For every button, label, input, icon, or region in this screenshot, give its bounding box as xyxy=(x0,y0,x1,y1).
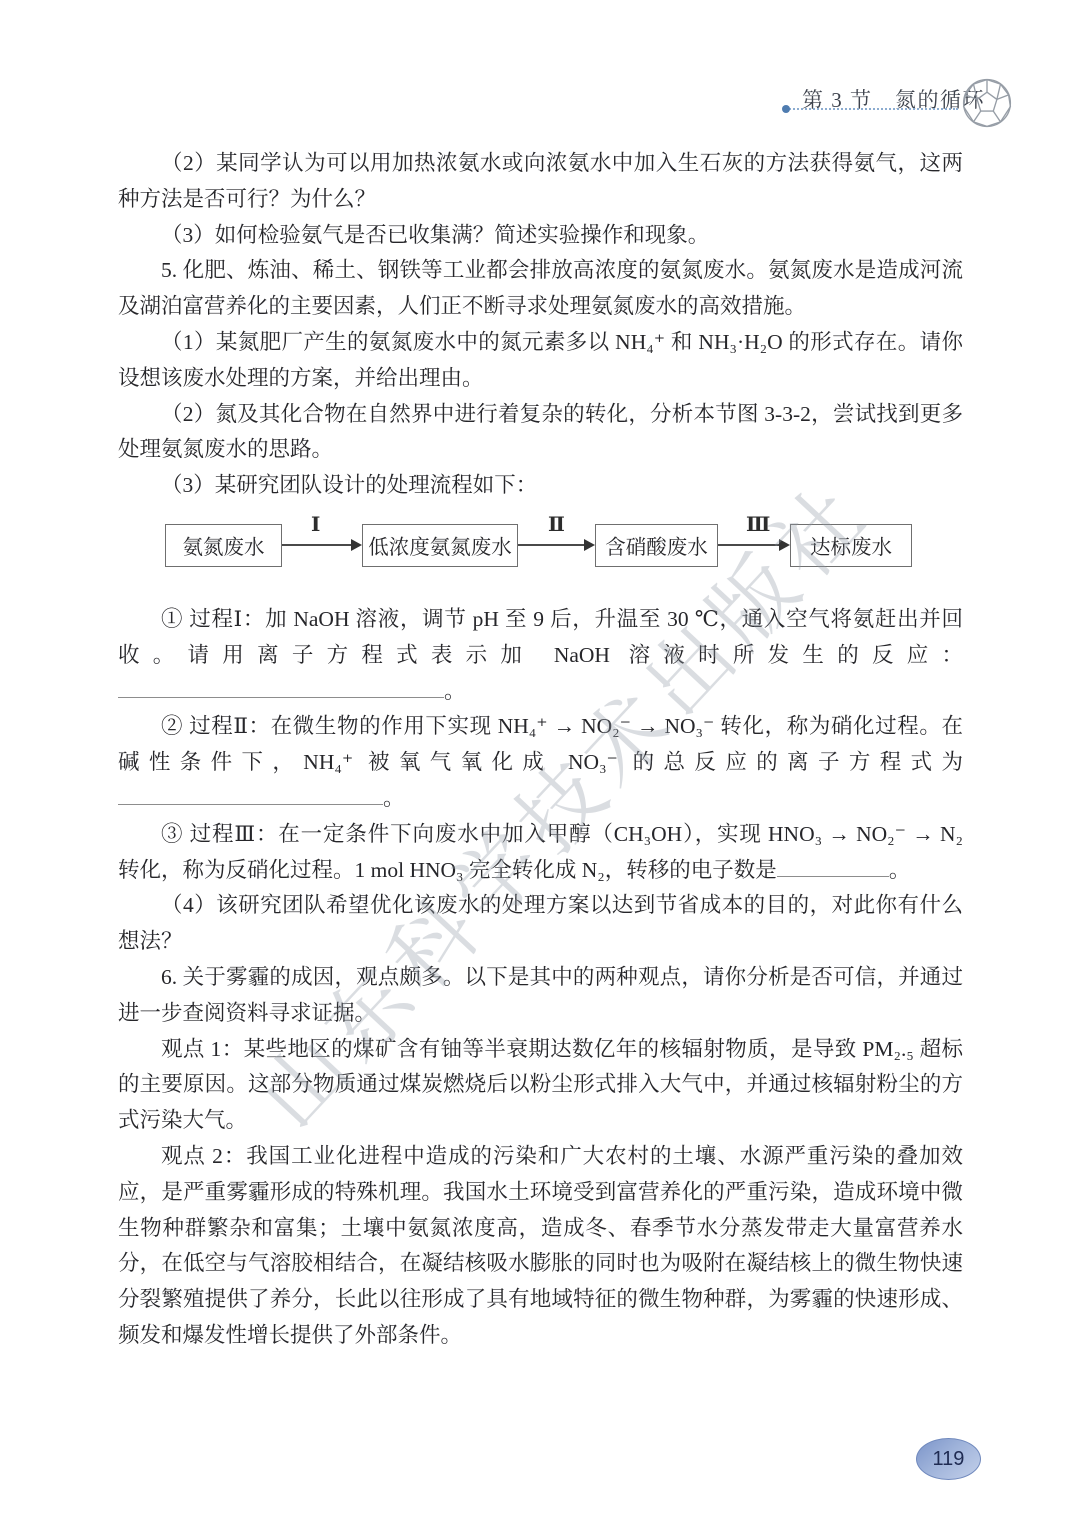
question-6-intro: 6. 关于雾霾的成因，观点颇多。以下是其中的两种观点，请你分析是否可信，并通过进… xyxy=(118,960,963,1032)
fullerene-molecule-icon xyxy=(960,76,1014,130)
question-5-1: （1）某氮肥厂产生的氨氮废水中的氮元素多以 NH₄⁺ 和 NH₃·H₂O 的形式… xyxy=(118,325,963,397)
flow-arrow-1 xyxy=(282,544,352,546)
question-5-3: （3）某研究团队设计的处理流程如下： xyxy=(118,468,963,504)
flow-step-label-3: Ⅲ xyxy=(746,512,770,537)
process-step-2-period: 。 xyxy=(383,786,405,810)
page-content: （2）某同学认为可以用加热浓氨水或向浓氨水中加入生石灰的方法获得氨气，这两种方法… xyxy=(118,146,963,1354)
page-number-badge: 119 xyxy=(916,1438,981,1480)
flow-step-label-1: Ⅰ xyxy=(311,512,320,537)
flow-box-low-concentration: 低浓度氨氮废水 xyxy=(362,524,518,567)
question-4-2: （2）某同学认为可以用加热浓氨水或向浓氨水中加入生石灰的方法获得氨气，这两种方法… xyxy=(118,146,963,218)
process-step-1: ① 过程Ⅰ：加 NaOH 溶液，调节 pH 至 9 后，升温至 30 ℃，通入空… xyxy=(118,602,963,709)
question-5-intro: 5. 化肥、炼油、稀土、钢铁等工业都会排放高浓度的氨氮废水。氨氮废水是造成河流及… xyxy=(118,253,963,325)
flow-step-label-2: Ⅱ xyxy=(548,512,565,537)
question-6-viewpoint-2: 观点 2：我国工业化进程中造成的污染和广大农村的土壤、水源严重污染的叠加效应，是… xyxy=(118,1139,963,1354)
flow-arrow-2 xyxy=(518,544,585,546)
process-step-1-period: 。 xyxy=(444,679,466,703)
process-step-2: ② 过程Ⅱ：在微生物的作用下实现 NH₄⁺ → NO₂⁻ → NO₃⁻ 转化，称… xyxy=(118,709,963,816)
process-step-3-period: 。 xyxy=(889,858,911,882)
question-4-3: （3）如何检验氨气是否已收集满？简述实验操作和现象。 xyxy=(118,218,963,254)
process-step-1-text: ① 过程Ⅰ：加 NaOH 溶液，调节 pH 至 9 后，升温至 30 ℃，通入空… xyxy=(118,607,963,667)
flow-box-compliant-water: 达标废水 xyxy=(790,524,912,567)
header-dotted-rule xyxy=(786,108,958,110)
answer-blank-1[interactable] xyxy=(118,678,444,697)
flow-box-nitric-acid: 含硝酸废水 xyxy=(595,524,718,567)
process-step-2-text: ② 过程Ⅱ：在微生物的作用下实现 NH₄⁺ → NO₂⁻ → NO₃⁻ 转化，称… xyxy=(118,714,963,774)
rule-dot xyxy=(782,105,790,113)
process-step-3: ③ 过程Ⅲ：在一定条件下向废水中加入甲醇（CH₃OH），实现 HNO₃ → NO… xyxy=(118,817,963,889)
answer-blank-3[interactable] xyxy=(777,857,889,876)
flow-arrow-3 xyxy=(718,544,780,546)
question-6-viewpoint-1: 观点 1：某些地区的煤矿含有铀等半衰期达数亿年的核辐射物质，是导致 PM₂.₅ … xyxy=(118,1032,963,1139)
treatment-flowchart: 氨氮废水 低浓度氨氮废水 含硝酸废水 达标废水 Ⅰ Ⅱ Ⅲ xyxy=(118,514,963,578)
flow-box-ammonia-wastewater: 氨氮废水 xyxy=(165,524,282,567)
question-5-2: （2）氮及其化合物在自然界中进行着复杂的转化，分析本节图 3-3-2，尝试找到更… xyxy=(118,397,963,469)
question-5-4: （4）该研究团队希望优化该废水的处理方案以达到节省成本的目的，对此你有什么想法？ xyxy=(118,888,963,960)
answer-blank-2[interactable] xyxy=(118,786,383,805)
textbook-page: 第 3 节 氮的循环 山东科学技术出版社 （2）某同学认为可以用加热浓氨水或向浓… xyxy=(0,0,1080,1536)
